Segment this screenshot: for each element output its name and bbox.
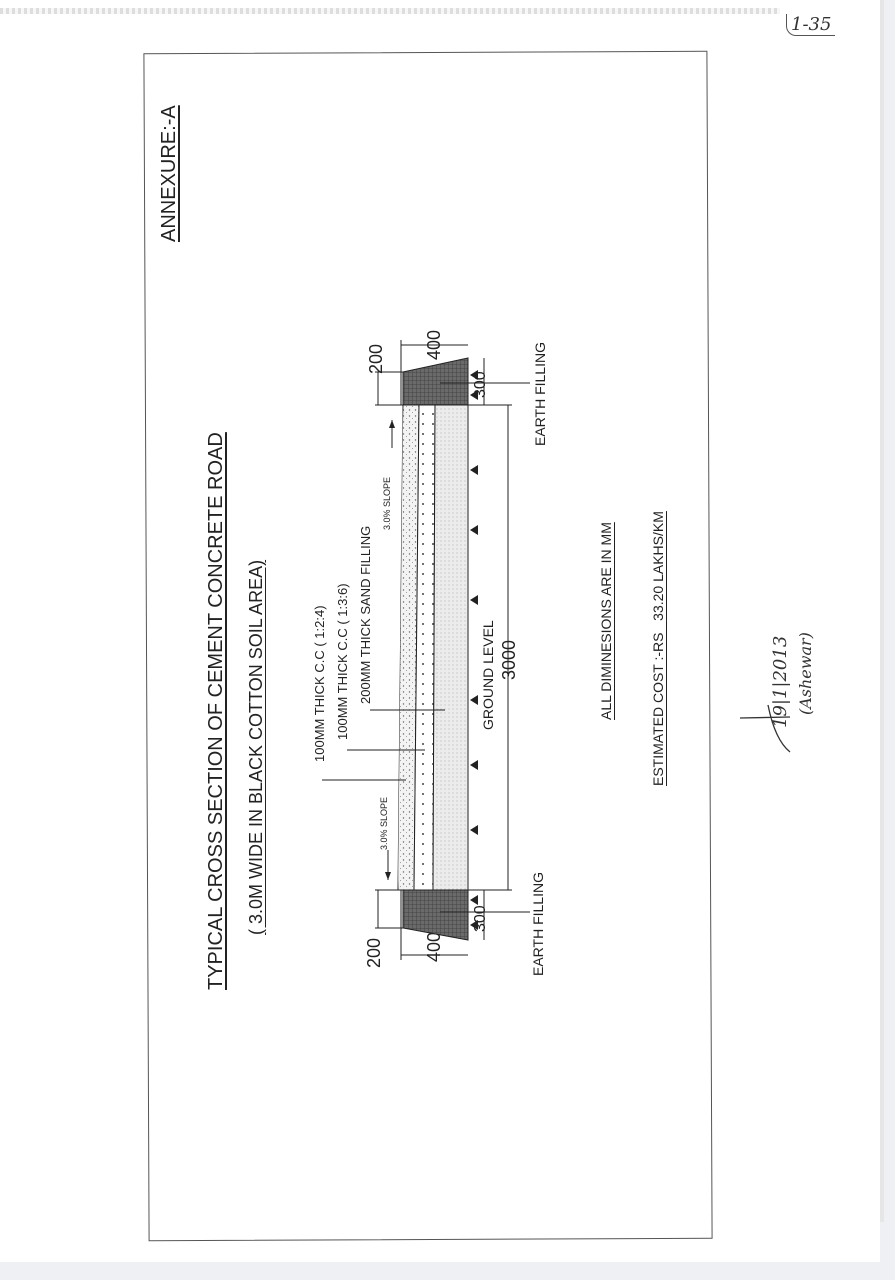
scanned-page: 1-35 ANNEXURE:-A TYPICAL CROSS SECTION O…: [0, 0, 880, 1262]
page-edge: [880, 0, 884, 1222]
cross-section-drawing: [0, 0, 895, 1280]
